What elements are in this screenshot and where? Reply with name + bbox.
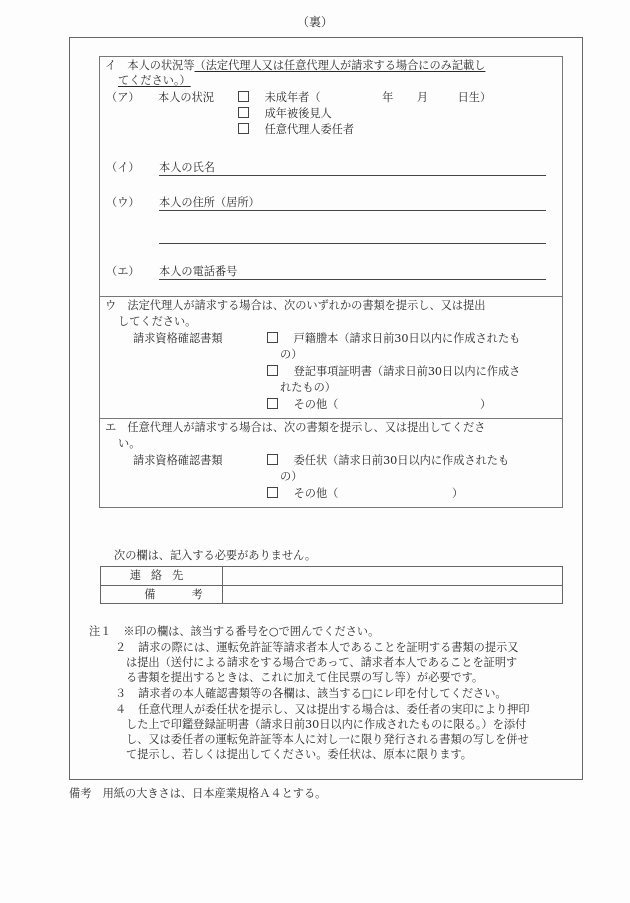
contact-intro: 次の欄は、記入する必要がありません。: [114, 548, 316, 563]
name-input-line[interactable]: [159, 175, 546, 176]
address-input-line-1[interactable]: [159, 210, 546, 211]
address-num: （ウ）: [106, 195, 140, 210]
remarks-row: 備考: [101, 585, 562, 604]
section-u-line2: してください。: [118, 314, 196, 329]
section-i-heading: イ 本人の状況等（法定代理人又は任意代理人が請求する場合にのみ記載し: [105, 58, 485, 73]
e-option-other[interactable]: その他（: [267, 486, 338, 501]
status-option-minor[interactable]: 未成年者（ 年 月 日生）: [238, 90, 491, 105]
contact-col-divider: [222, 567, 223, 603]
status-option-principal[interactable]: 任意代理人委任者: [238, 122, 354, 137]
note-3-line: 請求者の本人確認書類等の各欄は、該当する□にレ印を付してください。: [138, 686, 507, 701]
note-2-line: る書類を提出するときは、これに加えて住民票の写し等）が必要です。: [126, 670, 483, 685]
section-e-doc-label: 請求資格確認書類: [133, 453, 223, 468]
status-num: （ア）: [106, 90, 140, 105]
section-divider-e: [99, 418, 563, 419]
contact-row: 連絡先: [101, 567, 562, 585]
u-option-koseki-cont: の）: [280, 347, 302, 362]
status-option-ward[interactable]: 成年被後見人: [238, 106, 332, 121]
checkbox-koseki[interactable]: [267, 332, 278, 343]
footer-note: 備考 用紙の大きさは、日本産業規格Ａ４とする。: [69, 786, 326, 801]
u-other-close: ）: [480, 397, 491, 412]
checkbox-proxy[interactable]: [267, 454, 278, 465]
phone-num: （エ）: [106, 264, 140, 279]
remarks-label: 備考: [101, 587, 252, 602]
status-label: 本人の状況: [158, 90, 214, 105]
checkbox-registry[interactable]: [267, 365, 278, 376]
section-e-line1: エ 任意代理人が請求する場合は、次の書類を提示し、又は提出してくださ: [105, 420, 485, 435]
note-text: ※印の欄は、該当する番号を○で囲んでください。: [123, 625, 379, 638]
name-label: 本人の氏名: [159, 160, 215, 175]
note-2-line: は提出（送付による請求をする場合であって、請求者本人であることを証明す: [126, 655, 517, 670]
section-i-title: イ 本人の状況等: [105, 59, 195, 72]
u-option-registry-cont: れたもの）: [280, 380, 336, 395]
note-4-line: 任意代理人が委任状を提示し、又は提出する場合は、委任者の実印により押印: [138, 702, 530, 717]
section-u-doc-label: 請求資格確認書類: [133, 331, 223, 346]
contact-label: 連絡先: [101, 568, 222, 583]
address-input-line-2[interactable]: [159, 243, 546, 244]
phone-input-line[interactable]: [159, 279, 546, 280]
note-2-line: 請求の際には、運転免許証等請求者本人であることを証明する書類の提示又: [138, 640, 518, 655]
e-option-proxy[interactable]: 委任状（請求日前30日以内に作成されたも: [267, 453, 509, 468]
address-label: 本人の住所（居所）: [159, 195, 260, 210]
e-other-close: ）: [452, 486, 463, 501]
contact-table: 連絡先 備考: [100, 566, 563, 604]
page-title: （裏）: [0, 15, 630, 30]
e-option-proxy-cont: の）: [280, 469, 302, 484]
section-i-note-cont: てください。）: [118, 73, 191, 88]
u-option-koseki[interactable]: 戸籍謄本（請求日前30日以内に作成されたも: [267, 331, 520, 346]
section-divider-u: [99, 296, 563, 297]
note-1: 注１※印の欄は、該当する番号を○で囲んでください。: [89, 624, 379, 639]
checkbox-u-other[interactable]: [267, 398, 278, 409]
note-num: 注１: [89, 625, 111, 638]
note-3-num: ３: [115, 686, 126, 701]
section-i-note: （法定代理人又は任意代理人が請求する場合にのみ記載し: [195, 59, 486, 72]
checkbox-e-other[interactable]: [267, 487, 278, 498]
u-option-other[interactable]: その他（: [267, 397, 338, 412]
section-u-line1: ウ 法定代理人が請求する場合は、次のいずれかの書類を提示し、又は提出: [105, 298, 485, 313]
name-num: （イ）: [106, 160, 140, 175]
note-4-line: て提示し、若しくは提出してください。委任状は、原本に限ります。: [126, 747, 472, 762]
phone-label: 本人の電話番号: [159, 264, 237, 279]
note-4-num: ４: [115, 702, 126, 717]
note-4-line: し、又は委任者の運転免許証等本人に対し一に限り発行される書類の写しを併せ: [126, 732, 529, 747]
u-option-registry[interactable]: 登記事項証明書（請求日前30日以内に作成さ: [267, 364, 520, 379]
checkbox-minor[interactable]: [238, 91, 249, 102]
note-2-num: ２: [115, 640, 126, 655]
section-e-line2: い。: [118, 436, 140, 451]
checkbox-ward[interactable]: [238, 107, 249, 118]
note-4-line: した上で印鑑登録証明書（請求日前30日以内に作成されたものに限る。）を添付: [126, 717, 526, 732]
checkbox-principal[interactable]: [238, 123, 249, 134]
